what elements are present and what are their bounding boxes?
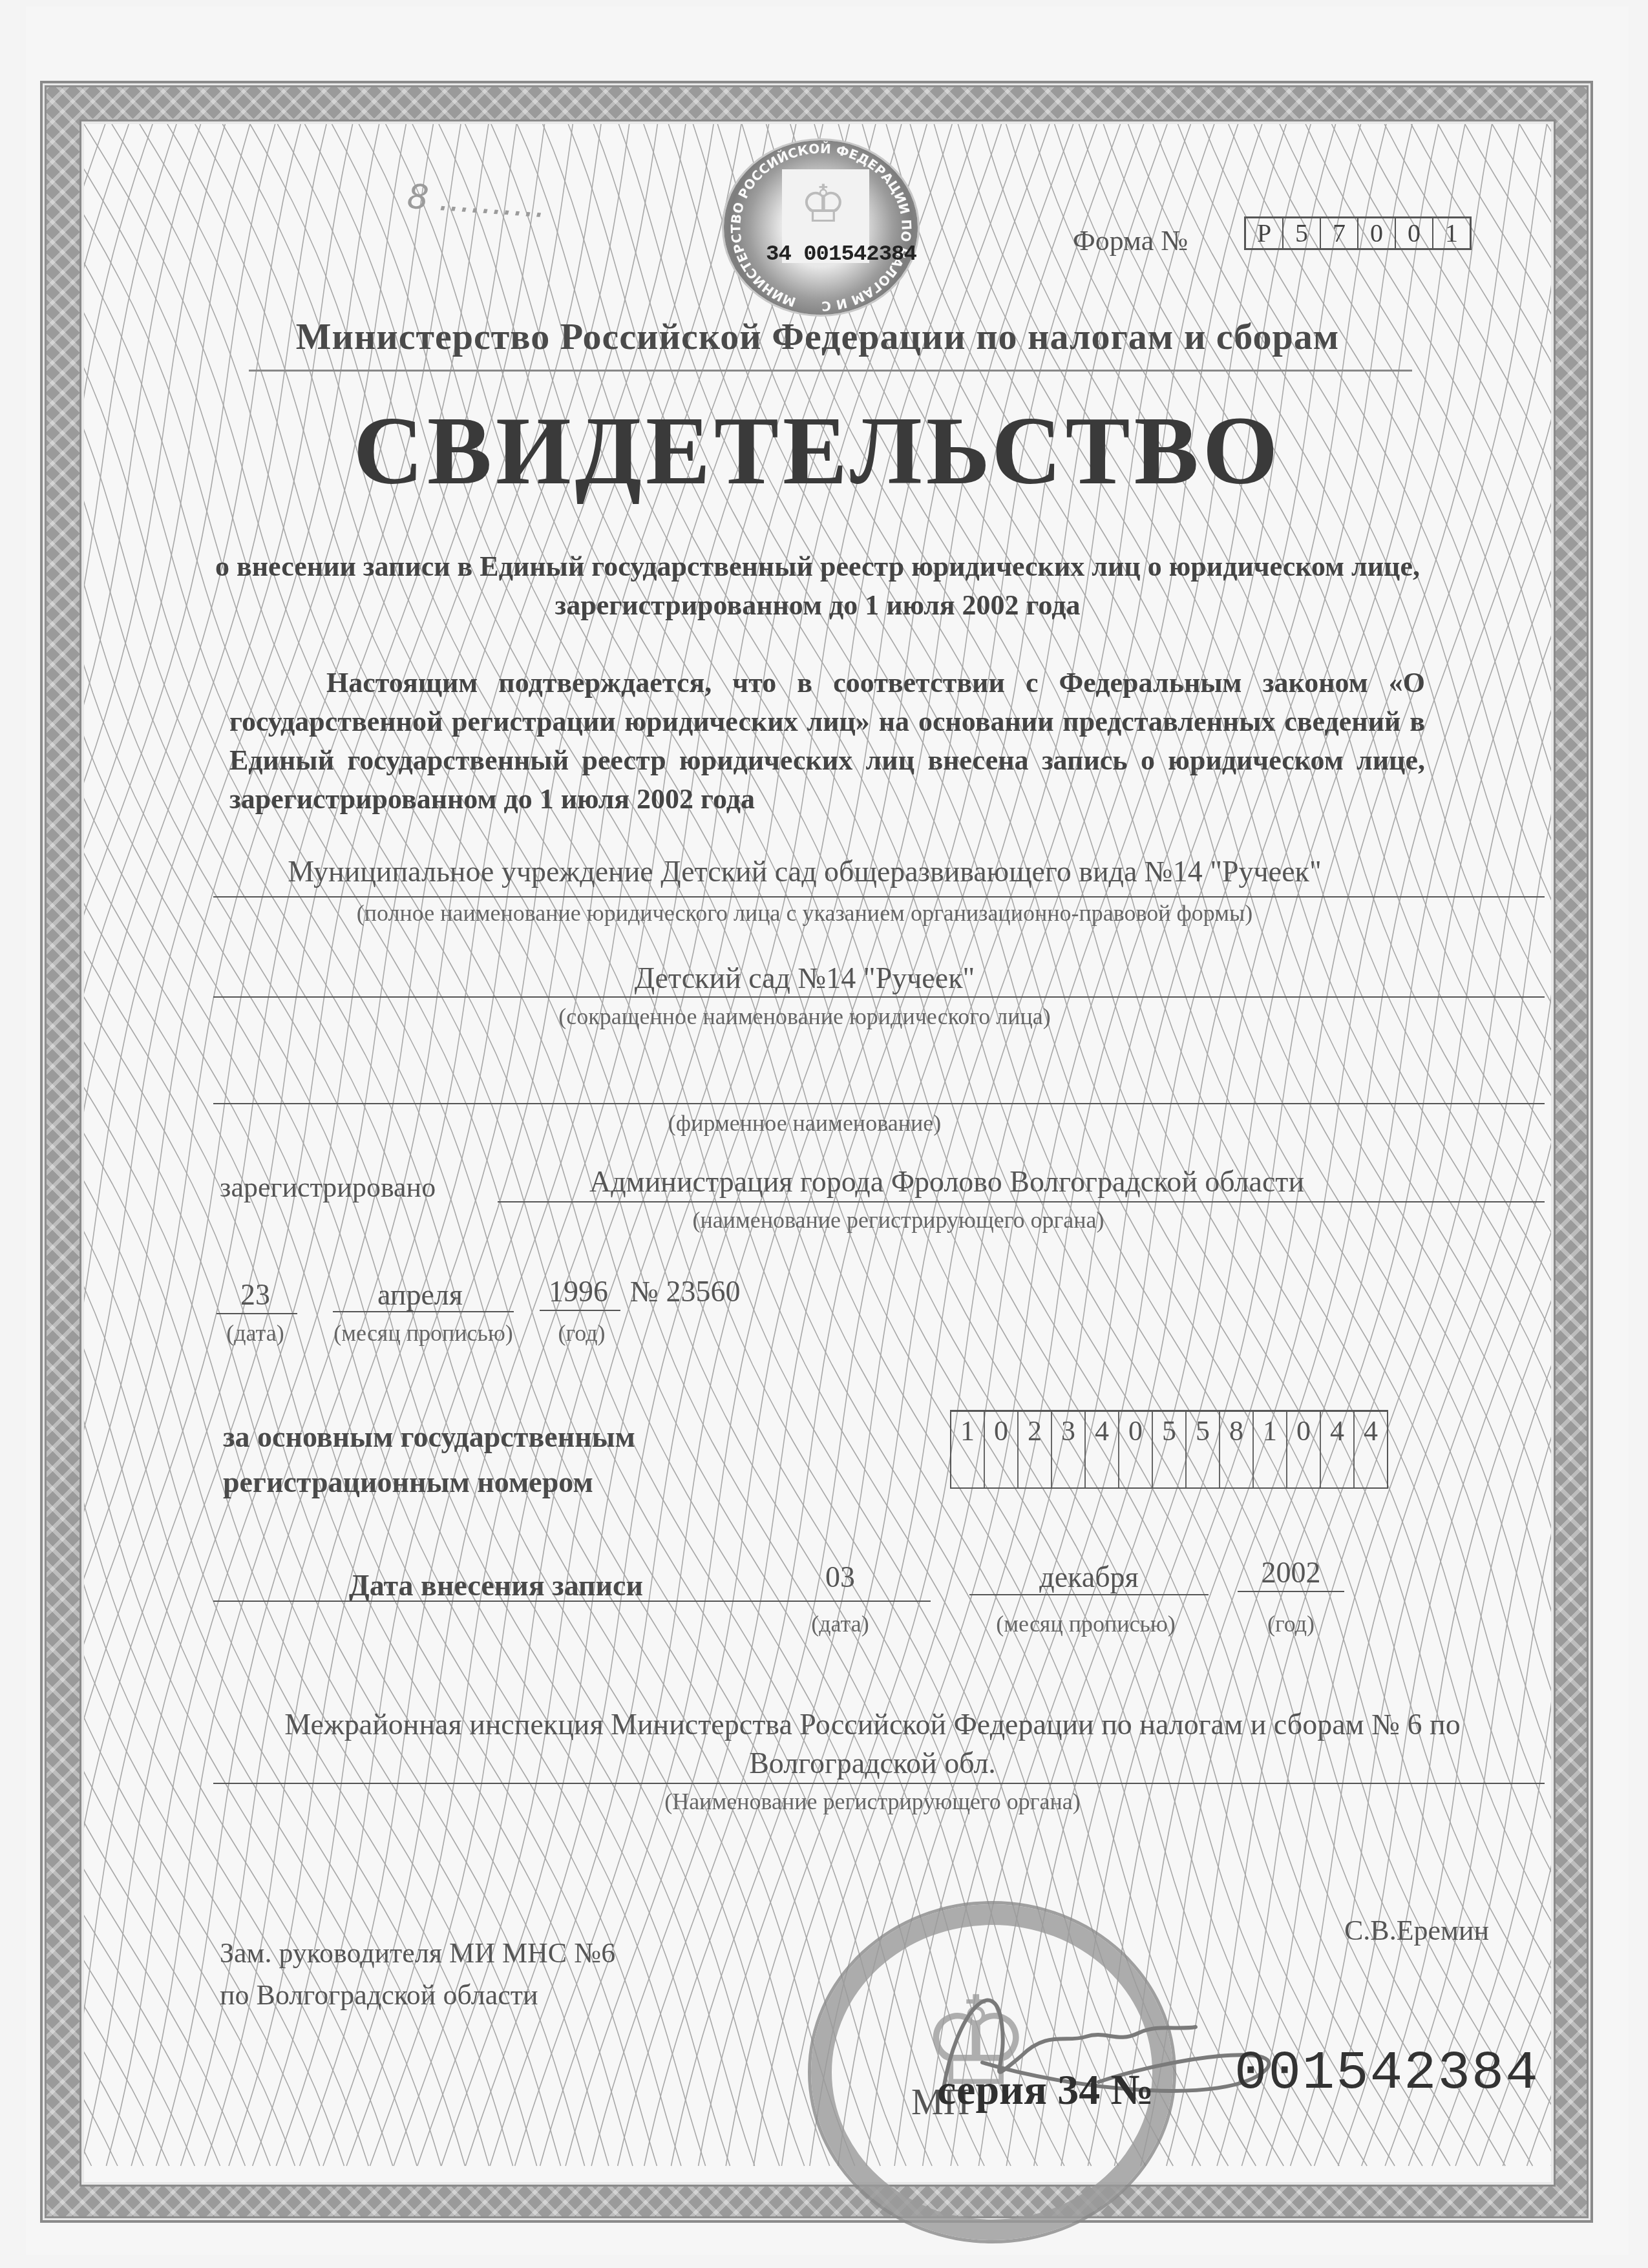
ogrn-digit-cell: 4 [1321, 1412, 1355, 1487]
registered-authority-line [498, 1201, 1545, 1202]
entry-day-caption: (дата) [776, 1610, 905, 1637]
registered-year-line [540, 1310, 620, 1311]
registered-day-caption: (дата) [210, 1319, 301, 1347]
ogrn-digit-cell: 0 [1287, 1412, 1321, 1487]
registering-authority-line1: Межрайонная инспекция Министерства Росси… [194, 1707, 1551, 1741]
hologram-serial: 34 001542384 [766, 242, 916, 267]
ogrn-digit-cell: 5 [1153, 1412, 1187, 1487]
series-label: серия 34 № [937, 2066, 1154, 2115]
coat-of-arms-icon: ♔ [800, 179, 847, 231]
form-code-cell: 0 [1396, 218, 1433, 248]
signatory-name: С.В.Еремин [1344, 1914, 1489, 1947]
full-name-caption: (полное наименование юридического лица с… [142, 899, 1467, 927]
series-number: 001542384 [1234, 2043, 1539, 2105]
form-code-cell: 7 [1321, 218, 1358, 248]
registered-label: зарегистрировано [220, 1171, 436, 1204]
document-title: СВИДЕТЕЛЬСТВО [84, 395, 1551, 507]
registration-number: № 23560 [630, 1274, 740, 1308]
certificate-content: 8 .......... МИНИСТЕРСТВО РОССИЙСКОЙ ФЕД… [84, 124, 1551, 2182]
entry-year: 2002 [1238, 1555, 1344, 1590]
registered-month: апреля [330, 1277, 511, 1312]
form-code-cell: 5 [1284, 218, 1321, 248]
short-name-caption: (сокращенное наименование юридического л… [142, 1003, 1467, 1030]
ogrn-digit-cell: 1 [1254, 1412, 1287, 1487]
entry-month-line [969, 1594, 1209, 1595]
registered-authority-caption: (наименование регистрирующего органа) [614, 1206, 1183, 1234]
entry-month: декабря [969, 1560, 1209, 1594]
registered-year: 1996 [536, 1274, 620, 1308]
ogrn-digit-cell: 2 [1019, 1412, 1052, 1487]
document-subtitle: о внесении записи в Единый государственн… [213, 547, 1422, 625]
form-code-boxes: Р 5 7 0 0 1 [1244, 216, 1472, 250]
registered-day: 23 [213, 1277, 297, 1312]
ogrn-digit-cell: 0 [1119, 1412, 1153, 1487]
brand-name-line [213, 1103, 1545, 1104]
ogrn-digit-cell: 4 [1086, 1412, 1119, 1487]
registered-month-caption: (месяц прописью) [323, 1319, 523, 1347]
registering-authority-line [213, 1783, 1545, 1784]
entry-month-caption: (месяц прописью) [956, 1610, 1215, 1637]
registered-month-line [333, 1311, 514, 1312]
entry-date-line [213, 1601, 931, 1602]
ogrn-digit-cell: 3 [1052, 1412, 1086, 1487]
entry-day: 03 [776, 1560, 905, 1594]
divider [249, 370, 1412, 372]
ogrn-digit-cell: 8 [1220, 1412, 1254, 1487]
full-name-line [213, 896, 1545, 898]
registered-day-line [217, 1313, 297, 1314]
registered-year-caption: (год) [536, 1319, 627, 1347]
brand-name-caption: (фирменное наименование) [142, 1109, 1467, 1137]
signatory-position-line1: Зам. руководителя МИ МНС №6 [220, 1937, 615, 1969]
form-label: Форма № [1073, 224, 1188, 257]
registering-authority-caption: (Наименование регистрирующего органа) [194, 1788, 1551, 1815]
ogrn-label-line1: за основным государственным [223, 1420, 635, 1454]
ogrn-digit-cell: 4 [1355, 1412, 1387, 1487]
short-name-line [213, 996, 1545, 998]
ogrn-label-line2: регистрационным номером [223, 1465, 593, 1499]
entry-year-caption: (год) [1238, 1610, 1344, 1637]
short-name-value: Детский сад №14 "Ручеек" [142, 961, 1467, 995]
form-code-cell: 0 [1358, 218, 1396, 248]
confirmation-paragraph: Настоящим подтверждается, что в соответс… [229, 664, 1425, 819]
ogrn-digit-cell: 0 [985, 1412, 1019, 1487]
ogrn-boxes: 1023405581044 [950, 1410, 1388, 1489]
ogrn-digit-cell: 1 [951, 1412, 985, 1487]
handwritten-note: 8 .......... [406, 178, 547, 226]
entry-date-label: Дата внесения записи [349, 1568, 643, 1602]
entry-year-line [1238, 1591, 1344, 1592]
form-code-cell: 1 [1433, 218, 1470, 248]
ogrn-digit-cell: 5 [1187, 1412, 1220, 1487]
hologram-sticker: МИНИСТЕРСТВО РОССИЙСКОЙ ФЕДЕРАЦИИ ПО НАЛ… [724, 140, 918, 315]
signatory-position-line2: по Волгоградской области [220, 1979, 538, 2011]
ministry-heading: Министерство Российской Федерации по нал… [84, 315, 1551, 358]
form-code-cell: Р [1246, 218, 1284, 248]
full-name-value: Муниципальное учреждение Детский сад общ… [142, 854, 1467, 888]
registering-authority-line2: Волгоградской обл. [194, 1746, 1551, 1780]
registered-authority-value: Администрация города Фролово Волгоградск… [485, 1164, 1409, 1199]
